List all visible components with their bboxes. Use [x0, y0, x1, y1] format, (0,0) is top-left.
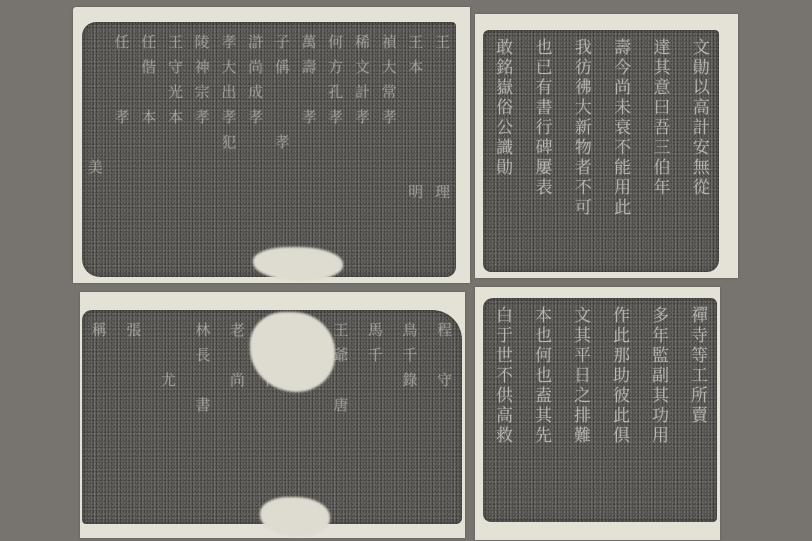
inscription-column: 稀文計孝 — [352, 22, 373, 134]
inscription-column: 稱 — [89, 310, 110, 372]
rubbing-sheet-bottom-left: 程 守 鳥千錄 馬千 王爺 唐 大 高 作 老 尚 林長 書 尤 張 稱 — [80, 292, 465, 538]
inscription-column: 壽今尚未衰不能用此 — [608, 30, 633, 218]
inscription-column: 尤 — [158, 310, 179, 422]
inscription-column: 張 — [123, 310, 144, 397]
inscription-column: 美 — [85, 22, 106, 184]
rubbing-sheet-top-left: 王 理 王本 明 禎大常孝 稀文計孝 何方孔孝 萬壽 孝 子偁 孝 滸尚成孝 孝… — [73, 7, 470, 283]
inscription-column: 鳥千錄 — [400, 310, 421, 397]
inscription-column: 也已有書行碑屢表 — [529, 30, 554, 198]
inscription-column: 王守光本 — [165, 22, 186, 134]
inscription-column: 文其平日之排難 — [568, 298, 593, 446]
inscription-column: 多年監副其功用 — [646, 298, 671, 446]
rubbing-ink-area-top-right: 文勛以高計安無從 達其意曰吾三伯年 壽今尚未衰不能用此 我彷彿大新物者不可 也已… — [483, 30, 719, 272]
inscription-column: 我彷彿大新物者不可 — [569, 30, 594, 218]
inscription-column: 老 尚 — [227, 310, 248, 397]
inscription-column: 王爺 唐 — [330, 310, 351, 422]
inscription-column: 陵神宗孝 — [192, 22, 213, 134]
inscription-column: 程 守 — [434, 310, 455, 397]
rubbing-sheet-top-right: 文勛以高計安無從 達其意曰吾三伯年 壽今尚未衰不能用此 我彷彿大新物者不可 也已… — [475, 14, 738, 278]
inscription-column: 禪寺等工所賣 — [685, 298, 710, 426]
inscription-column: 子偁 孝 — [272, 22, 293, 159]
inscription-column: 王 理 — [432, 22, 453, 209]
inscription-column: 作此那助彼此俱 — [607, 298, 632, 446]
inscription-column: 任偕 本 — [138, 22, 159, 134]
inscription-column: 白于世不供高救 — [490, 298, 515, 446]
rubbing-ink-area-bottom-right: 禪寺等工所賣 多年監副其功用 作此那助彼此俱 文其平日之排難 本也何也盍其先 白… — [483, 298, 717, 522]
inscription-column: 本也何也盍其先 — [529, 298, 554, 446]
inscription-column: 達其意曰吾三伯年 — [647, 30, 672, 198]
inscription-column: 禎大常孝 — [379, 22, 400, 134]
inscription-column: 馬千 — [365, 310, 386, 422]
inscription-column: 滸尚成孝 — [245, 22, 266, 134]
rubbing-sheet-bottom-right: 禪寺等工所賣 多年監副其功用 作此那助彼此俱 文其平日之排難 本也何也盍其先 白… — [475, 287, 720, 540]
rubbing-ink-area-top-left: 王 理 王本 明 禎大常孝 稀文計孝 何方孔孝 萬壽 孝 子偁 孝 滸尚成孝 孝… — [82, 22, 456, 277]
inscription-column: 王本 明 — [405, 22, 426, 209]
inscription-column: 文勛以高計安無從 — [687, 30, 712, 198]
inscription-column: 萬壽 孝 — [298, 22, 319, 134]
inscription-column: 敢銘嶽俗公識勛 — [490, 30, 515, 178]
inscription-column: 林長 書 — [192, 310, 213, 422]
inscription-column: 孝大出孝犯 — [218, 22, 239, 159]
inscription-column: 任 孝 — [112, 22, 133, 134]
paper-tear — [260, 497, 330, 537]
inscription-column: 何方孔孝 — [325, 22, 346, 134]
